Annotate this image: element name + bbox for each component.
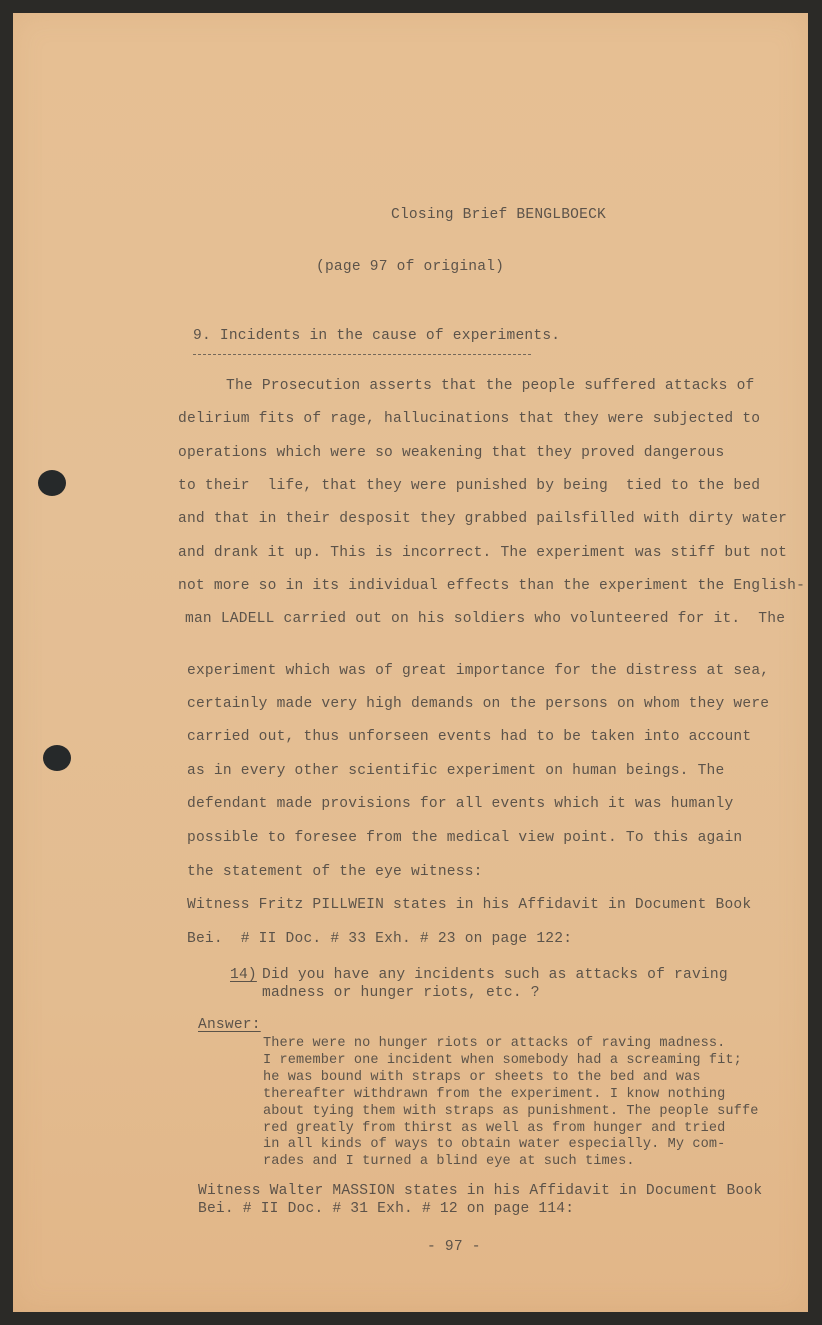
document-reference: Bei. # II Doc. # 31 Exh. # 12 on page 11… <box>198 1201 574 1217</box>
body-line: operations which were so weakening that … <box>178 445 724 461</box>
answer-line: thereafter withdrawn from the experiment… <box>263 1087 725 1102</box>
body-line: and drank it up. This is incorrect. The … <box>178 545 787 561</box>
body-line: certainly made very high demands on the … <box>187 696 769 712</box>
body-line: delirium fits of rage, hallucinations th… <box>178 411 760 427</box>
body-line: man LADELL carried out on his soldiers w… <box>185 611 785 627</box>
question-number: 14) <box>230 967 257 983</box>
witness-statement-intro: Witness Walter MASSION states in his Aff… <box>198 1183 762 1199</box>
answer-line: in all kinds of ways to obtain water esp… <box>263 1137 725 1152</box>
question-line: Did you have any incidents such as attac… <box>262 967 728 983</box>
body-line: defendant made provisions for all events… <box>187 796 733 812</box>
answer-line: There were no hunger riots or attacks of… <box>263 1036 725 1051</box>
section-title-underline <box>193 354 531 355</box>
body-line: experiment which was of great importance… <box>187 663 769 679</box>
body-line: not more so in its individual effects th… <box>178 578 805 594</box>
document-page: Closing Brief BENGLBOECK (page 97 of ori… <box>13 13 808 1312</box>
answer-line: red greatly from thirst as well as from … <box>263 1121 725 1136</box>
answer-line: he was bound with straps or sheets to th… <box>263 1070 701 1085</box>
document-header: Closing Brief BENGLBOECK <box>391 207 606 223</box>
question-line: madness or hunger riots, etc. ? <box>262 985 540 1001</box>
answer-line: rades and I turned a blind eye at such t… <box>263 1154 635 1169</box>
page-reference: (page 97 of original) <box>316 259 504 275</box>
punch-hole-top <box>38 470 66 496</box>
answer-line: I remember one incident when somebody ha… <box>263 1053 742 1068</box>
punch-hole-bottom <box>43 745 71 771</box>
document-reference: Bei. # II Doc. # 33 Exh. # 23 on page 12… <box>187 931 572 947</box>
answer-line: about tying them with straps as punishme… <box>263 1104 758 1119</box>
page-number: - 97 - <box>427 1239 481 1255</box>
body-line: to their life, that they were punished b… <box>178 478 760 494</box>
body-line: as in every other scientific experiment … <box>187 763 724 779</box>
witness-statement-intro: Witness Fritz PILLWEIN states in his Aff… <box>187 897 751 913</box>
body-line: possible to foresee from the medical vie… <box>187 830 742 846</box>
body-line: the statement of the eye witness: <box>187 864 483 880</box>
body-line: carried out, thus unforseen events had t… <box>187 729 751 745</box>
answer-label: Answer: <box>198 1017 261 1033</box>
body-line: The Prosecution asserts that the people … <box>226 378 755 394</box>
body-line: and that in their desposit they grabbed … <box>178 511 787 527</box>
section-title: 9. Incidents in the cause of experiments… <box>193 328 560 344</box>
